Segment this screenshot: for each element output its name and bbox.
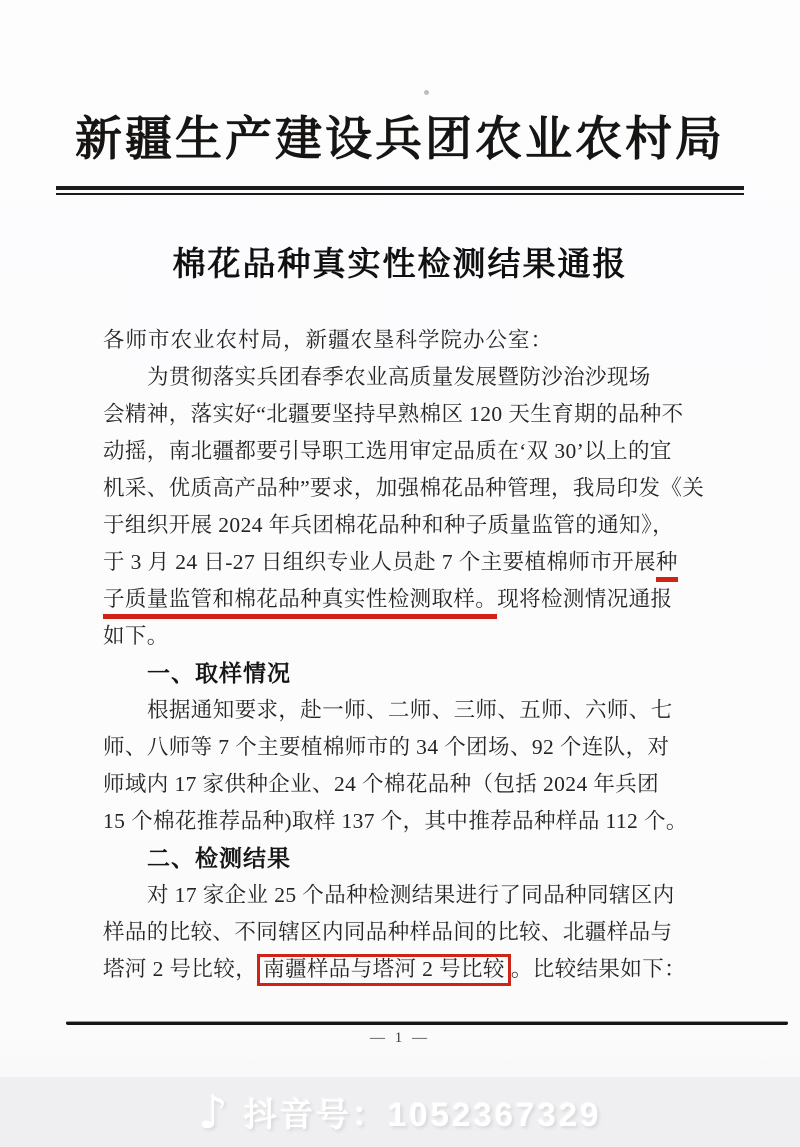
document-title: 棉花品种真实性检测结果通报 (0, 238, 800, 285)
watermark-bar: ♪ 抖音号：1052367329 (0, 1077, 800, 1147)
body-line: 根据通知要求，赴一师、二师、三师、五师、六师、七 (103, 692, 717, 729)
text-segment: 于 3 月 24 日-27 日组织专业人员赴 7 个主要植棉师市开展 (103, 550, 656, 574)
footer-rule (66, 1021, 788, 1025)
text-segment: 一、取样情况 (147, 660, 291, 686)
text-segment: 机采、优质高产品种”要求，加强棉花品种管理，我局印发《关 (103, 476, 704, 500)
red-underline-annotation: 子质量监管和棉花品种真实性检测取样。 (103, 587, 497, 619)
text-segment: 各师市农业农村局，新疆农垦科学院办公室： (103, 328, 553, 352)
text-segment: 如下。 (103, 624, 169, 648)
section-heading: 一、取样情况 (103, 655, 717, 692)
red-underline-annotation: 种 (656, 550, 678, 582)
section-heading: 二、检测结果 (103, 840, 717, 877)
red-box-annotation: 南疆样品与塔河 2 号比较 (257, 954, 511, 986)
body-line: 机采、优质高产品种”要求，加强棉花品种管理，我局印发《关 (103, 470, 717, 507)
body-line: 于 3 月 24 日-27 日组织专业人员赴 7 个主要植棉师市开展种 (103, 544, 717, 581)
letterhead-double-rule (56, 186, 744, 195)
body-line: 为贯彻落实兵团春季农业高质量发展暨防沙治沙现场 (103, 359, 717, 396)
text-segment: 样品的比较、不同辖区内同品种样品间的比较、北疆样品与 (103, 920, 672, 944)
text-segment: 。比较结果如下： (511, 957, 686, 981)
douyin-note-icon: ♪ (199, 1089, 228, 1135)
text-segment: 会精神，落实好“北疆要坚持早熟棉区 120 天生育期的品种不 (103, 402, 684, 426)
body-line: 会精神，落实好“北疆要坚持早熟棉区 120 天生育期的品种不 (103, 396, 717, 433)
body-line: 子质量监管和棉花品种真实性检测取样。现将检测情况通报 (103, 581, 717, 618)
watermark-text: 抖音号：1052367329 (244, 1089, 602, 1136)
body-line: 对 17 家企业 25 个品种检测结果进行了同品种同辖区内 (103, 877, 717, 914)
letterhead-org: 新疆生产建设兵团农业农村局 (40, 102, 760, 169)
body-line: 师、八师等 7 个主要植棉师市的 34 个团场、92 个连队，对 (103, 729, 717, 766)
page-number: — 1 — (0, 1030, 800, 1047)
text-segment: 15 个棉花推荐品种)取样 137 个，其中推荐品种样品 112 个。 (103, 809, 688, 833)
body-line: 师域内 17 家供种企业、24 个棉花品种（包括 2024 年兵团 (103, 766, 717, 803)
text-segment: 现将检测情况通报 (497, 587, 672, 611)
text-segment: 为贯彻落实兵团春季农业高质量发展暨防沙治沙现场 (147, 365, 651, 389)
body-line: 15 个棉花推荐品种)取样 137 个，其中推荐品种样品 112 个。 (103, 803, 717, 840)
body-line: 动摇，南北疆都要引导职工选用审定品质在‘双 30’以上的宜 (103, 433, 717, 470)
body-line: 如下。 (103, 618, 717, 655)
body-line: 于组织开展 2024 年兵团棉花品种和种子质量监管的通知》， (103, 507, 717, 544)
scan-speck (424, 90, 429, 95)
body-line: 样品的比较、不同辖区内同品种样品间的比较、北疆样品与 (103, 914, 717, 951)
document-body: 各师市农业农村局，新疆农垦科学院办公室：为贯彻落实兵团春季农业高质量发展暨防沙治… (103, 322, 717, 988)
text-segment: 动摇，南北疆都要引导职工选用审定品质在‘双 30’以上的宜 (103, 439, 672, 463)
body-line: 塔河 2 号比较，南疆样品与塔河 2 号比较。比较结果如下： (103, 951, 717, 988)
text-segment: 二、检测结果 (147, 845, 291, 871)
text-segment: 对 17 家企业 25 个品种检测结果进行了同品种同辖区内 (147, 883, 675, 907)
body-line: 各师市农业农村局，新疆农垦科学院办公室： (103, 322, 717, 359)
text-segment: 师、八师等 7 个主要植棉师市的 34 个团场、92 个连队，对 (103, 735, 669, 759)
text-segment: 塔河 2 号比较， (103, 957, 257, 981)
text-segment: 师域内 17 家供种企业、24 个棉花品种（包括 2024 年兵团 (103, 772, 659, 796)
text-segment: 于组织开展 2024 年兵团棉花品种和种子质量监管的通知》， (103, 513, 674, 537)
scanned-document-page: 新疆生产建设兵团农业农村局 棉花品种真实性检测结果通报 各师市农业农村局，新疆农… (0, 0, 800, 1147)
text-segment: 根据通知要求，赴一师、二师、三师、五师、六师、七 (147, 698, 673, 722)
